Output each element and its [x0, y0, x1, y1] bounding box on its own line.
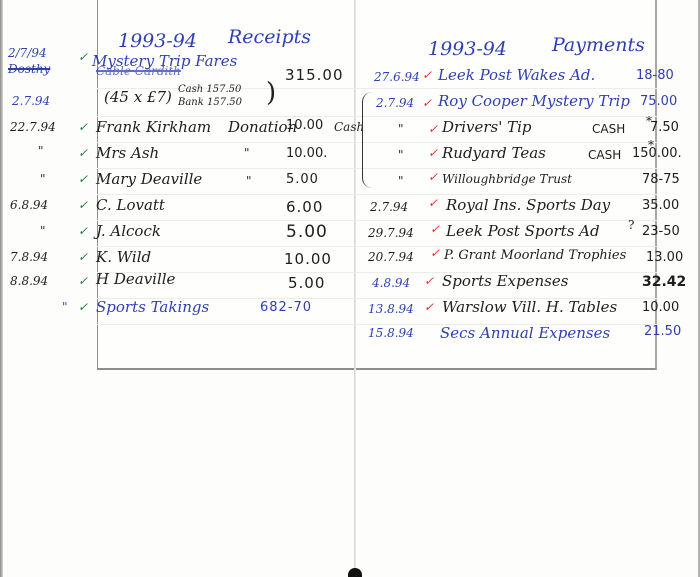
payments-title-label: Payments: [552, 34, 645, 56]
receipt-description: K. Wild: [96, 248, 151, 266]
check-tick: ✓: [430, 246, 440, 260]
payment-date: 2.7.94: [370, 200, 408, 214]
receipt-amount: 10.00: [286, 118, 323, 133]
receipt-date: 7.8.94: [10, 250, 48, 264]
payment-date: 15.8.94: [368, 326, 414, 340]
payment-amount: 150.00.: [632, 146, 682, 161]
receipt-description: J. Alcock: [96, 222, 161, 240]
payment-description: Leek Post Sports Ad: [446, 222, 600, 240]
check-tick: ✓: [78, 120, 88, 134]
receipt-amount: 6.00: [286, 198, 323, 216]
payments-title-year: 1993-94: [428, 38, 507, 60]
receipt-amount: 5.00: [286, 172, 319, 187]
receipts-title-label: Receipts: [228, 26, 311, 48]
payment-amount: 78-75: [642, 172, 680, 187]
payment-amount: 32.42: [642, 274, 686, 290]
ruled-line: [97, 272, 657, 273]
payment-amount: 75.00: [640, 94, 677, 109]
payment-description: Leek Post Wakes Ad.: [438, 66, 595, 84]
receipt-description: Mrs Ash: [96, 144, 159, 162]
check-tick: ✓: [424, 274, 434, 288]
page-edge-left: [0, 0, 3, 577]
check-tick: ✓: [78, 146, 88, 160]
check-tick: ✓: [78, 250, 88, 264]
check-tick: ✓: [428, 196, 438, 210]
check-tick: ✓: [428, 170, 438, 184]
payment-amount: 23-50: [642, 224, 680, 239]
receipt-date: 22.7.94: [10, 120, 56, 134]
check-tick: ✓: [78, 172, 88, 186]
notebook-spine: [354, 0, 356, 577]
payment-description: Sports Expenses: [442, 272, 568, 290]
payment-note-cash: CASH: [588, 148, 621, 162]
payment-amount: 7.50: [650, 120, 679, 135]
receipt-struck-text: Cable Cardith: [96, 64, 181, 78]
payment-date-ditto: ": [398, 148, 404, 162]
receipts-title-year: 1993-94: [118, 30, 197, 52]
payment-date: 27.6.94: [374, 70, 420, 84]
payment-amount: 35.00: [642, 198, 679, 213]
receipt-category-ditto: ": [246, 174, 252, 188]
receipt-description: Sports Takings: [96, 298, 209, 316]
payment-description: Warslow Vill. H. Tables: [442, 298, 617, 316]
ruled-line: [97, 142, 657, 143]
ruled-line: [97, 168, 657, 169]
receipt-date-ditto: ": [38, 144, 44, 158]
receipt-amount: 682-70: [260, 300, 312, 315]
check-tick: ✓: [430, 222, 440, 236]
payment-description: Roy Cooper Mystery Trip: [438, 92, 630, 110]
spine-binding: [348, 568, 362, 577]
receipt-description: Mary Deaville: [96, 170, 202, 188]
receipt-date: 8.8.94: [10, 274, 48, 288]
payment-amount: 13.00: [646, 250, 683, 265]
ruled-line: [97, 194, 657, 195]
receipt-date-struck: Dosthy: [8, 62, 50, 76]
payment-date: 4.8.94: [372, 276, 410, 290]
receipt-amount: 5.00: [286, 222, 328, 242]
closing-paren: ): [266, 78, 276, 108]
payment-amount: 10.00: [642, 300, 679, 315]
receipt-note-cash: Cash 157.50: [178, 84, 241, 95]
receipt-amount: 10.00.: [286, 146, 327, 161]
ruled-line: [97, 220, 657, 221]
payment-description: Secs Annual Expenses: [440, 324, 610, 342]
check-tick: ✓: [78, 224, 88, 238]
ruled-line: [97, 116, 657, 117]
check-tick: ✓: [428, 146, 438, 160]
payment-amount: 18-80: [636, 68, 674, 83]
payment-date-ditto: ": [398, 174, 404, 188]
check-tick: ✓: [422, 68, 432, 82]
receipt-note-count: (45 x £7): [104, 88, 172, 106]
receipt-note-bank: Bank 157.50: [178, 97, 242, 108]
check-tick: ✓: [422, 96, 432, 110]
payment-note-cash: CASH: [592, 122, 625, 136]
receipt-category-ditto: ": [244, 146, 250, 160]
payment-description: Willoughbridge Trust: [442, 172, 572, 186]
payment-description: P. Grant Moorland Trophies: [444, 248, 626, 263]
receipt-date: 2/7/94: [8, 46, 47, 60]
receipt-description: C. Lovatt: [96, 196, 165, 214]
payment-date: 13.8.94: [368, 302, 414, 316]
check-tick: ✓: [78, 198, 88, 212]
receipt-date-ditto: ": [40, 172, 46, 186]
payment-description: Royal Ins. Sports Day: [446, 196, 610, 214]
receipt-amount: 10.00: [284, 250, 332, 268]
payment-description: Rudyard Teas: [442, 144, 546, 162]
receipt-date-ditto: ": [62, 300, 68, 314]
receipt-amount: 5.00: [288, 274, 325, 292]
check-tick: ✓: [78, 50, 88, 64]
receipt-date: 2.7.94: [12, 94, 50, 108]
payment-description: Drivers' Tip: [442, 118, 532, 136]
query-mark: ?: [628, 218, 634, 232]
check-tick: ✓: [424, 300, 434, 314]
payment-date: 20.7.94: [368, 250, 414, 264]
receipt-amount: 315.00: [285, 66, 344, 84]
receipt-description: H Deaville: [96, 270, 175, 288]
receipt-note-right: Cash: [334, 120, 364, 134]
receipt-date: 6.8.94: [10, 198, 48, 212]
payment-date-ditto: ": [398, 122, 404, 136]
grouping-brace: [362, 92, 373, 188]
payment-date: 2.7.94: [376, 96, 414, 110]
payment-amount: 21.50: [644, 324, 681, 339]
receipt-description: Frank Kirkham: [96, 118, 211, 136]
check-tick: ✓: [428, 122, 438, 136]
payment-date: 29.7.94: [368, 226, 414, 240]
check-tick: ✓: [78, 300, 88, 314]
check-tick: ✓: [78, 274, 88, 288]
receipt-date-ditto: ": [40, 224, 46, 238]
ruled-line: [97, 246, 657, 247]
